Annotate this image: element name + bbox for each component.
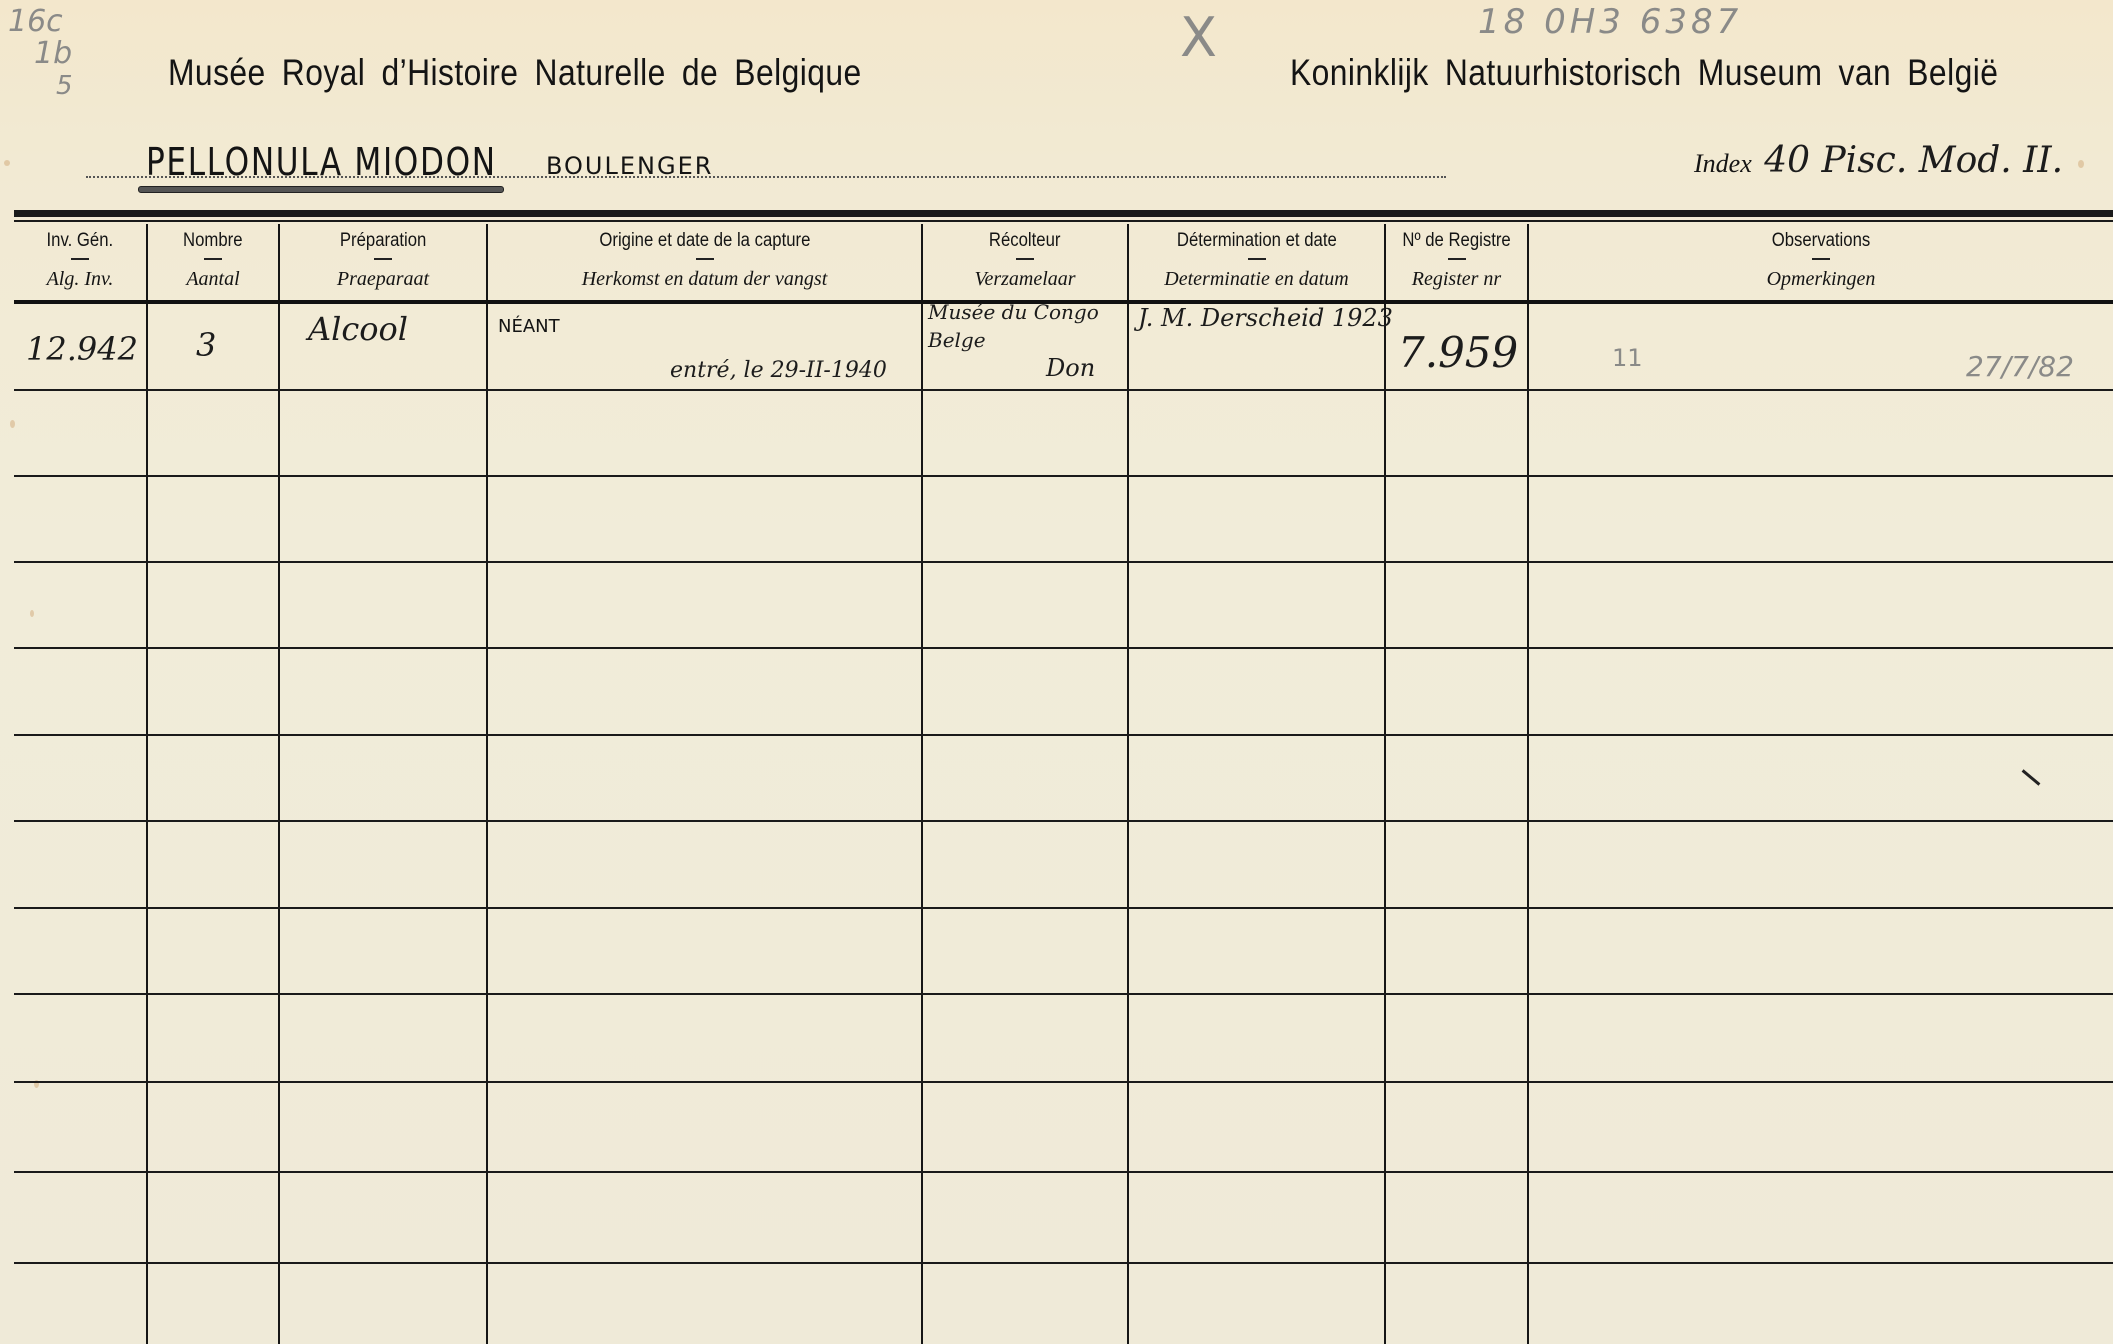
row-line: [14, 1081, 2113, 1083]
row-line: [14, 1171, 2113, 1173]
table-top-rule: [14, 210, 2113, 217]
header-dash: [696, 258, 714, 260]
row-line: [14, 475, 2113, 477]
cell-preparation: Alcool: [308, 310, 408, 348]
margin-note-line: 16c: [8, 6, 73, 38]
row-line: [14, 907, 2113, 909]
column-divider: [1384, 224, 1386, 1344]
paper-stain: [4, 160, 10, 166]
header-nl: Aantal: [186, 268, 239, 290]
column-header-origine: Origine et date de la capture Herkomst e…: [488, 230, 921, 291]
header-dash: [374, 258, 392, 260]
margin-note-line: 5: [8, 70, 73, 102]
cell-registre: 7.959: [1398, 328, 1518, 377]
header-dash: [204, 258, 222, 260]
header-nl: Herkomst en datum der vangst: [582, 268, 828, 290]
header-nl: Register nr: [1412, 268, 1501, 290]
row-line: [14, 1262, 2113, 1264]
margin-note-line: 1b: [8, 38, 73, 70]
column-header-recolteur: Récolteur Verzamelaar: [923, 230, 1127, 291]
cell-inv-gen: 12.942: [26, 330, 138, 368]
margin-mark-x: X: [1180, 6, 1217, 69]
header-nl: Praeparaat: [337, 268, 429, 290]
column-header-determination: Détermination et date Determinatie en da…: [1129, 230, 1384, 291]
column-header-registre: Nº de Registre Register nr: [1386, 230, 1527, 291]
header-nl: Verzamelaar: [974, 268, 1075, 290]
paper-stain: [10, 420, 15, 428]
row-line: [14, 561, 2113, 563]
index-value: 40 Pisc. Mod. II.: [1764, 140, 2063, 181]
museum-title-fr: Musée Royal d’Histoire Naturelle de Belg…: [168, 52, 862, 94]
header-dash: [1812, 258, 1830, 260]
header-nl: Alg. Inv.: [47, 268, 114, 290]
row-line: [14, 820, 2113, 822]
museum-title-nl: Koninklijk Natuurhistorisch Museum van B…: [1290, 52, 1998, 94]
column-header-inv-gen: Inv. Gén. Alg. Inv.: [14, 230, 146, 291]
column-divider: [1127, 224, 1129, 1344]
header-nl: Opmerkingen: [1767, 268, 1876, 290]
header-dash: [71, 258, 89, 260]
cell-nombre: 3: [196, 326, 216, 364]
header-fr: Inv. Gén.: [47, 230, 114, 252]
column-divider: [146, 224, 148, 1344]
row-line: [14, 734, 2113, 736]
index-label: Index: [1694, 149, 1752, 178]
column-divider: [486, 224, 488, 1344]
header-fr: Nº de Registre: [1402, 230, 1510, 252]
paper-stain: [30, 610, 34, 617]
column-header-preparation: Préparation Praeparaat: [280, 230, 486, 291]
cell-recolteur-note: Don: [1046, 354, 1095, 382]
species-author: BOULENGER: [546, 152, 713, 180]
index-field: Index 40 Pisc. Mod. II.: [1694, 140, 2063, 181]
header-fr: Détermination et date: [1177, 230, 1337, 252]
header-dash: [1016, 258, 1034, 260]
column-divider: [921, 224, 923, 1344]
header-fr: Récolteur: [989, 230, 1061, 252]
species-name: PELLONULA MIODON: [146, 140, 497, 184]
cell-observations-mark: 11: [1612, 344, 1643, 372]
header-nl: Determinatie en datum: [1164, 268, 1348, 290]
row-line: [14, 389, 2113, 391]
cell-recolteur-line2: Belge: [928, 328, 986, 352]
header-fr: Observations: [1772, 230, 1871, 252]
paper-stain: [2078, 160, 2084, 168]
cell-origine: NÉANT: [498, 316, 560, 337]
cell-observations-date: 27/7/82: [1966, 350, 2074, 383]
cell-recolteur-line1: Musée du Congo: [928, 300, 1099, 324]
table-top-rule-thin: [14, 220, 2113, 222]
header-dash: [1448, 258, 1466, 260]
row-line: [14, 993, 2113, 995]
catalog-number-pencil: 18 0H3 6387: [1478, 2, 1742, 42]
stray-ink-mark: [2022, 769, 2041, 785]
header-dash: [1248, 258, 1266, 260]
cell-determination: J. M. Derscheid 1923: [1138, 304, 1393, 332]
species-underline: [138, 186, 504, 193]
column-header-observations: Observations Opmerkingen: [1529, 230, 2113, 291]
row-line: [14, 647, 2113, 649]
header-fr: Préparation: [340, 230, 426, 252]
column-divider: [1527, 224, 1529, 1344]
column-header-nombre: Nombre Aantal: [148, 230, 278, 291]
cell-origine-date: entré, le 29-II-1940: [670, 358, 887, 383]
column-divider: [278, 224, 280, 1344]
header-fr: Nombre: [183, 230, 242, 252]
margin-note-top-left: 16c 1b 5: [8, 6, 73, 102]
header-fr: Origine et date de la capture: [599, 230, 810, 252]
